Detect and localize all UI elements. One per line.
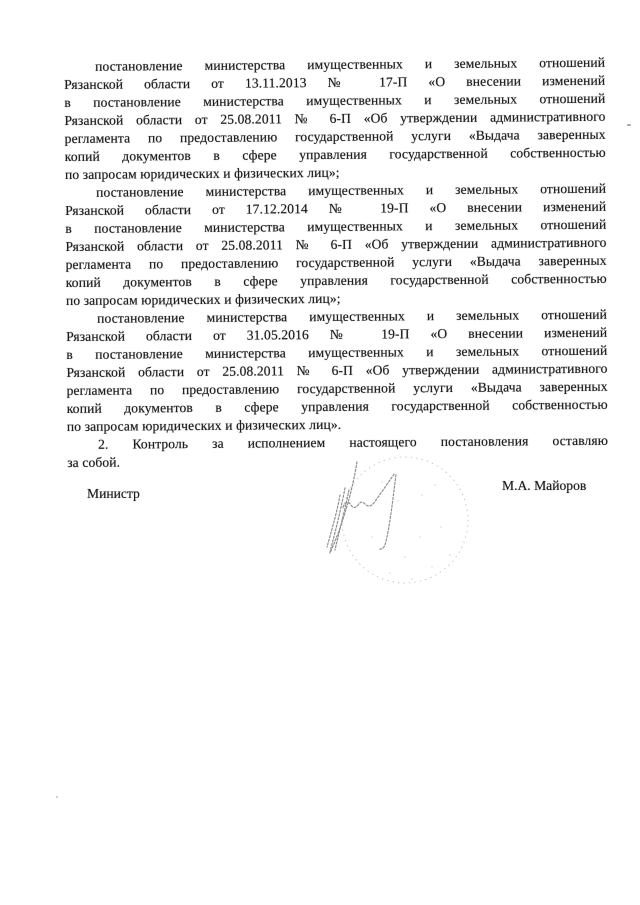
body-text: постановление министерства имущественных… xyxy=(64,54,608,472)
paragraph: постановление министерства имущественных… xyxy=(64,54,606,184)
minister-title: Министр xyxy=(87,486,140,502)
stamp-circle-icon xyxy=(342,457,468,583)
signature-stamp xyxy=(310,437,480,607)
minister-name: М.А. Майоров xyxy=(502,478,586,494)
paragraph: постановление министерства имущественных… xyxy=(66,306,608,436)
scanned-document-page: постановление министерства имущественных… xyxy=(0,0,640,905)
stamp-signature-icon xyxy=(310,437,480,607)
scan-speck xyxy=(56,796,58,798)
scan-speck xyxy=(627,124,631,126)
paragraph: постановление министерства имущественных… xyxy=(65,180,607,310)
signature-icon xyxy=(327,462,396,553)
stamp-noise-icon xyxy=(371,481,451,580)
